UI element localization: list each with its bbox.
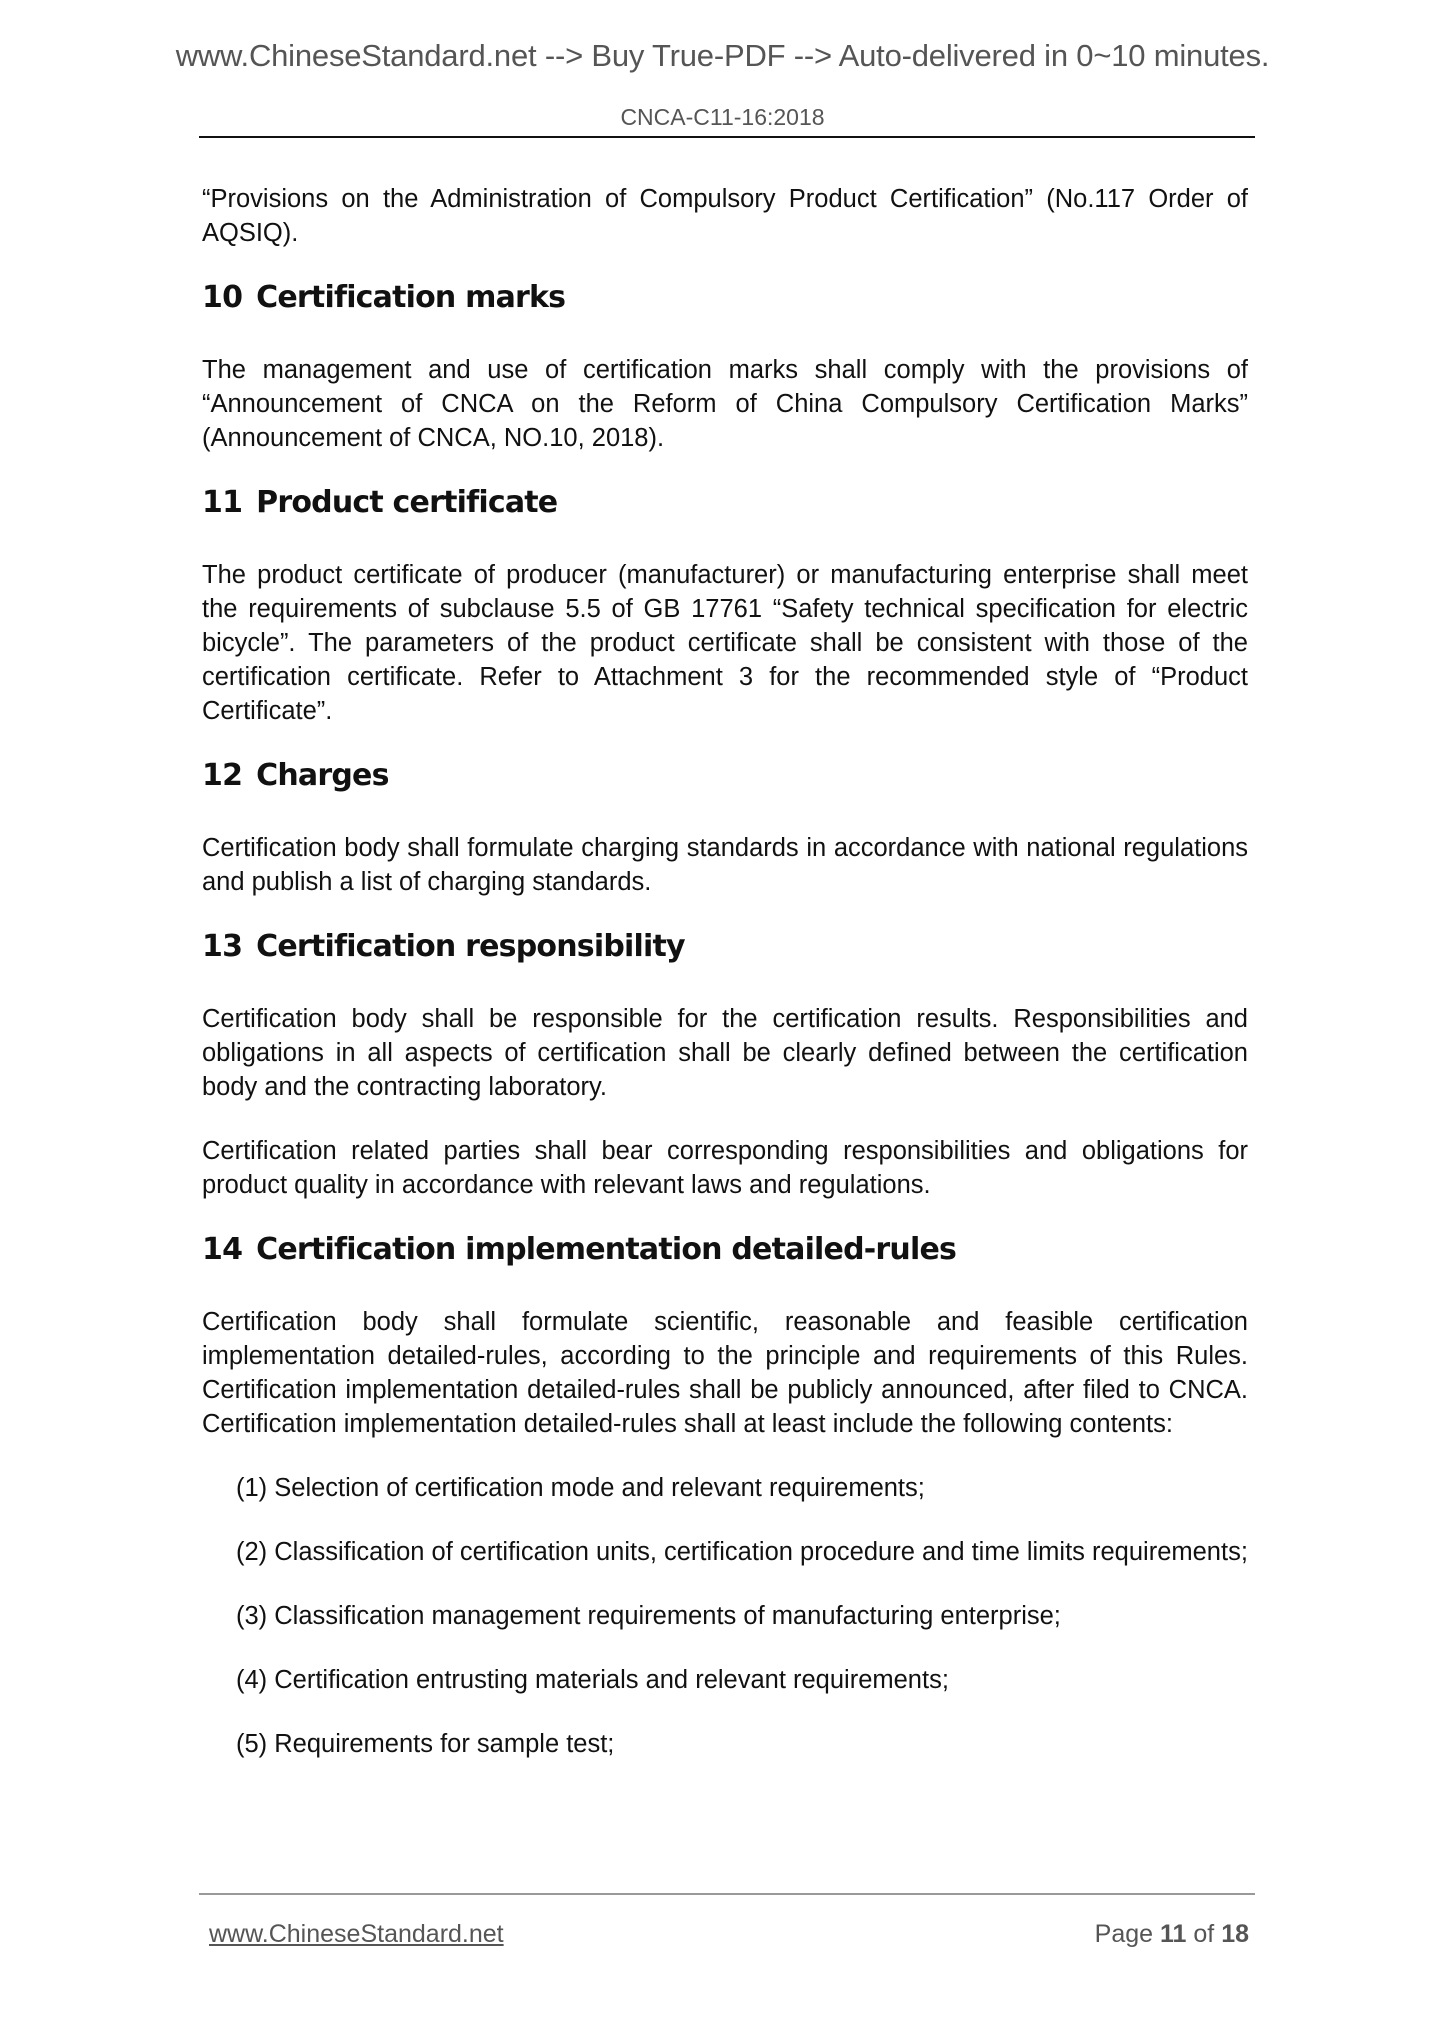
section-title: Certification responsibility: [256, 929, 685, 964]
document-id-header: CNCA-C11-16:2018: [0, 104, 1445, 131]
section-number: 13: [202, 929, 242, 964]
section-paragraph: Certification body shall formulate scien…: [202, 1305, 1248, 1441]
requirements-list: (1) Selection of certification mode and …: [202, 1471, 1248, 1761]
section-13: 13Certification responsibility Certifica…: [202, 929, 1248, 1202]
page-prefix: Page: [1095, 1920, 1153, 1948]
document-body: “Provisions on the Administration of Com…: [202, 182, 1248, 1791]
section-title: Certification marks: [256, 280, 565, 315]
section-heading: 11Product certificate: [202, 485, 1248, 520]
section-10: 10Certification marks The management and…: [202, 280, 1248, 455]
section-title: Product certificate: [256, 485, 557, 520]
section-number: 14: [202, 1232, 242, 1267]
section-heading: 12Charges: [202, 758, 1248, 793]
page-current: 11: [1160, 1920, 1186, 1948]
section-title: Charges: [256, 758, 389, 793]
section-number: 10: [202, 280, 242, 315]
footer-website-link[interactable]: www.ChineseStandard.net: [209, 1920, 504, 1949]
list-item: (3) Classification management requiremen…: [202, 1599, 1248, 1633]
list-item: (4) Certification entrusting materials a…: [202, 1663, 1248, 1697]
list-item: (5) Requirements for sample test;: [202, 1727, 1248, 1761]
section-paragraph: Certification body shall formulate charg…: [202, 831, 1248, 899]
section-11: 11Product certificate The product certif…: [202, 485, 1248, 728]
section-heading: 10Certification marks: [202, 280, 1248, 315]
page-total: 18: [1221, 1920, 1249, 1948]
header-divider: [199, 136, 1255, 138]
intro-paragraph: “Provisions on the Administration of Com…: [202, 182, 1248, 250]
section-heading: 14Certification implementation detailed-…: [202, 1232, 1248, 1267]
section-heading: 13Certification responsibility: [202, 929, 1248, 964]
footer-divider: [199, 1893, 1255, 1895]
section-paragraph: The product certificate of producer (man…: [202, 558, 1248, 728]
section-14: 14Certification implementation detailed-…: [202, 1232, 1248, 1761]
section-title: Certification implementation detailed-ru…: [256, 1232, 956, 1267]
page-of: of: [1193, 1920, 1214, 1948]
page-number: Page 11 of 18: [1095, 1920, 1249, 1949]
section-12: 12Charges Certification body shall formu…: [202, 758, 1248, 899]
promo-banner: www.ChineseStandard.net --> Buy True-PDF…: [0, 38, 1445, 74]
list-item: (2) Classification of certification unit…: [202, 1535, 1248, 1569]
list-item: (1) Selection of certification mode and …: [202, 1471, 1248, 1505]
section-number: 12: [202, 758, 242, 793]
section-paragraph: Certification related parties shall bear…: [202, 1134, 1248, 1202]
section-number: 11: [202, 485, 242, 520]
section-paragraph: The management and use of certification …: [202, 353, 1248, 455]
section-paragraph: Certification body shall be responsible …: [202, 1002, 1248, 1104]
